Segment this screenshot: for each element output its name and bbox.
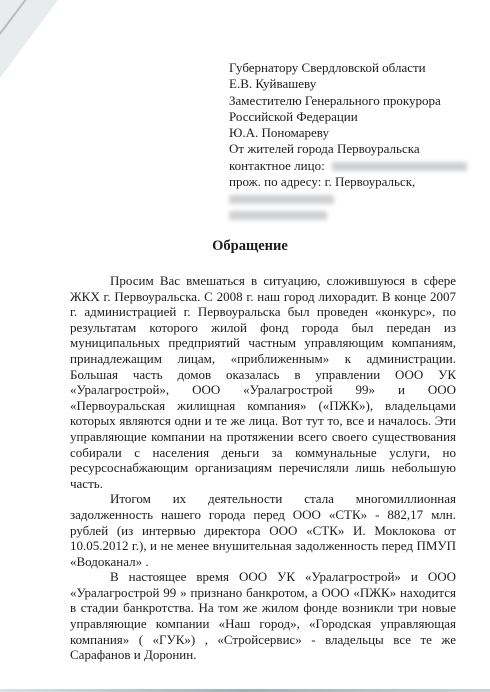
contact-person-line: контактное лицо:: [229, 158, 479, 174]
document-title: Обращение: [0, 238, 490, 255]
addressee-line-russian-federation: Российской Федерации: [229, 109, 479, 125]
addressee-line-deputy-prosecutor: Заместителю Генерального прокурора: [229, 93, 479, 109]
folded-corner: [0, 0, 58, 78]
addressee-block: Губернатору Свердловской области Е.В. Ку…: [229, 60, 479, 223]
addressee-line-governor-name: Е.В. Куйвашеву: [229, 76, 479, 92]
redacted-street-address: [229, 195, 334, 204]
letter-body: Просим Вас вмешаться в ситуацию, сложивш…: [70, 273, 456, 663]
redacted-phone: [229, 211, 327, 220]
redacted-phone-line: [229, 207, 479, 223]
paragraph-1: Просим Вас вмешаться в ситуацию, сложивш…: [70, 273, 456, 491]
paragraph-3: В настоящее время ООО УК «Уралагрострой»…: [70, 569, 456, 663]
redacted-contact-name: [332, 162, 467, 171]
address-line: прож. по адресу: г. Первоуральск,: [229, 174, 479, 190]
contact-person-label: контактное лицо:: [229, 158, 325, 173]
addressee-line-governor: Губернатору Свердловской области: [229, 60, 479, 76]
scanned-letter-page: Губернатору Свердловской области Е.В. Ку…: [0, 0, 490, 692]
paragraph-2: Итогом их деятельности стала многомиллио…: [70, 491, 456, 569]
sender-line: От жителей города Первоуральска: [229, 141, 479, 157]
redacted-street-line: [229, 190, 479, 206]
addressee-line-prosecutor-name: Ю.А. Пономареву: [229, 125, 479, 141]
